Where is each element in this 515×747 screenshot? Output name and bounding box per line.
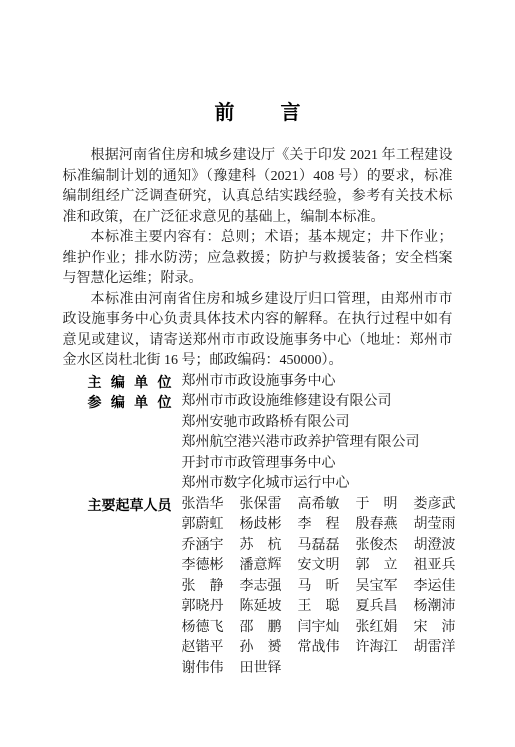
drafter-name: 王 聪 xyxy=(298,597,340,618)
drafters-list: 张浩华 张保雷 高希敏 于 明 娄彦武 郭蔚虹 杨歧彬 李 程 殷春燕 胡莹雨 … xyxy=(182,495,456,680)
drafter-name: 陈延坡 xyxy=(240,597,282,618)
drafter-name: 胡莹雨 xyxy=(414,515,456,536)
drafter-name: 马 昕 xyxy=(298,577,340,598)
document-page: 前言 根据河南省住房和城乡建设厅《关于印发 2021 年工程建设标准编制计划的通… xyxy=(0,0,515,747)
drafter-name-row: 谢伟伟 田世铎 xyxy=(182,659,456,680)
drafter-name-row: 乔涵宇 苏 杭 马磊磊 张俊杰 胡澄波 xyxy=(182,536,456,557)
co-editor-row: 参编单位 郑州市市政设施维修建设有限公司 郑州安驰市政路桥有限公司 郑州航空港兴… xyxy=(63,392,453,495)
drafter-name: 许海江 xyxy=(356,638,398,659)
paragraph-management: 本标准由河南省住房和城乡建设厅归口管理，由郑州市市政设施事务中心负责具体技术内容… xyxy=(63,290,453,372)
drafter-name: 杨潮沛 xyxy=(414,597,456,618)
page-title: 前言 xyxy=(0,0,515,127)
drafter-name: 常战伟 xyxy=(298,638,340,659)
drafter-name: 杨德飞 xyxy=(182,618,224,639)
paragraph-basis: 根据河南省住房和城乡建设厅《关于印发 2021 年工程建设标准编制计划的通知》（… xyxy=(63,146,453,228)
unit-line: 开封市市政管理事务中心 xyxy=(182,454,420,475)
drafter-name: 李 程 xyxy=(298,515,340,536)
drafter-name-row: 张浩华 张保雷 高希敏 于 明 娄彦武 xyxy=(182,495,456,516)
drafter-name: 赵锴平 xyxy=(182,638,224,659)
drafter-name: 郭晓丹 xyxy=(182,597,224,618)
drafter-name: 祖亚兵 xyxy=(414,556,456,577)
drafter-name: 胡雷洋 xyxy=(414,638,456,659)
drafter-name: 郭蔚虹 xyxy=(182,515,224,536)
drafter-name: 高希敏 xyxy=(298,495,340,516)
unit-line: 郑州安驰市政路桥有限公司 xyxy=(182,413,420,434)
preface-body: 根据河南省住房和城乡建设厅《关于印发 2021 年工程建设标准编制计划的通知》（… xyxy=(63,146,453,679)
drafter-name: 安文明 xyxy=(298,556,340,577)
drafter-name: 夏兵昌 xyxy=(356,597,398,618)
drafter-name: 潘意辉 xyxy=(240,556,282,577)
drafter-name: 邵 鹏 xyxy=(240,618,282,639)
drafter-name: 于 明 xyxy=(356,495,398,516)
drafter-name: 张 静 xyxy=(182,577,224,598)
unit-line: 郑州市市政设施事务中心 xyxy=(182,372,336,393)
chief-editor-units: 郑州市市政设施事务中心 xyxy=(182,372,336,393)
drafter-name-row: 李德彬 潘意辉 安文明 郭 立 祖亚兵 xyxy=(182,556,456,577)
drafter-name: 吴宝军 xyxy=(356,577,398,598)
drafters-label: 主要起草人员 xyxy=(88,495,172,516)
drafter-name: 李运佳 xyxy=(414,577,456,598)
drafter-name: 田世铎 xyxy=(240,659,282,680)
paragraph-contents: 本标准主要内容有：总则；术语；基本规定；井下作业；维护作业；排水防涝；应急救援；… xyxy=(63,228,453,290)
unit-line: 郑州市数字化城市运行中心 xyxy=(182,474,420,495)
drafter-name: 张俊杰 xyxy=(356,536,398,557)
drafters-row: 主要起草人员 张浩华 张保雷 高希敏 于 明 娄彦武 郭蔚虹 杨歧彬 李 程 殷… xyxy=(63,495,453,680)
chief-editor-label: 主编单位 xyxy=(88,372,172,393)
drafter-name: 杨歧彬 xyxy=(240,515,282,536)
drafter-name-row: 张 静 李志强 马 昕 吴宝军 李运佳 xyxy=(182,577,456,598)
drafter-name: 孙 赟 xyxy=(240,638,282,659)
drafter-name-row: 赵锴平 孙 赟 常战伟 许海江 胡雷洋 xyxy=(182,638,456,659)
drafter-name: 李德彬 xyxy=(182,556,224,577)
drafter-name: 马磊磊 xyxy=(298,536,340,557)
drafter-name: 宋 沛 xyxy=(414,618,456,639)
drafter-name: 张浩华 xyxy=(182,495,224,516)
unit-line: 郑州航空港兴港市政养护管理有限公司 xyxy=(182,433,420,454)
drafter-name: 闫宇灿 xyxy=(298,618,340,639)
drafter-name-row: 郭晓丹 陈延坡 王 聪 夏兵昌 杨潮沛 xyxy=(182,597,456,618)
drafter-name-row: 杨德飞 邵 鹏 闫宇灿 张红娟 宋 沛 xyxy=(182,618,456,639)
co-editor-units: 郑州市市政设施维修建设有限公司 郑州安驰市政路桥有限公司 郑州航空港兴港市政养护… xyxy=(182,392,420,495)
drafter-name: 苏 杭 xyxy=(240,536,282,557)
drafter-name: 殷春燕 xyxy=(356,515,398,536)
drafter-name: 谢伟伟 xyxy=(182,659,224,680)
drafter-name: 娄彦武 xyxy=(414,495,456,516)
drafter-name: 张保雷 xyxy=(240,495,282,516)
drafter-name-row: 郭蔚虹 杨歧彬 李 程 殷春燕 胡莹雨 xyxy=(182,515,456,536)
drafter-name: 郭 立 xyxy=(356,556,398,577)
chief-editor-row: 主编单位 郑州市市政设施事务中心 xyxy=(63,372,453,393)
drafter-name: 胡澄波 xyxy=(414,536,456,557)
drafter-name: 张红娟 xyxy=(356,618,398,639)
co-editor-label: 参编单位 xyxy=(88,392,172,413)
drafter-name: 李志强 xyxy=(240,577,282,598)
unit-line: 郑州市市政设施维修建设有限公司 xyxy=(182,392,420,413)
drafter-name: 乔涵宇 xyxy=(182,536,224,557)
